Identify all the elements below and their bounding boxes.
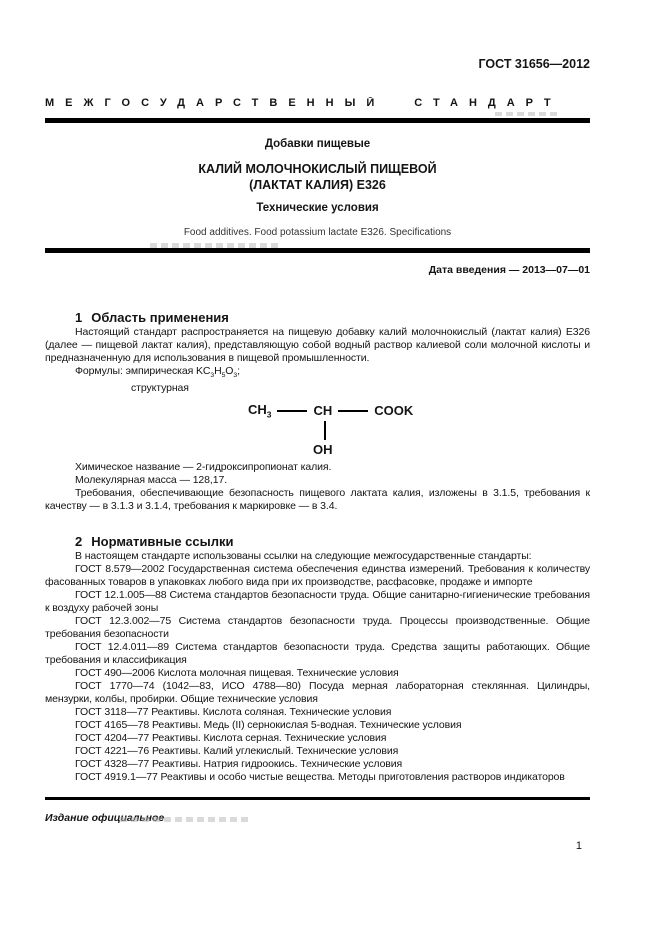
title-main-line2: (ЛАКТАТ КАЛИЯ) Е326 <box>45 177 590 193</box>
structural-formula-row: CH3 CH COOK <box>248 402 408 420</box>
reference-item: ГОСТ 12.3.002—75 Система стандартов безо… <box>45 615 590 641</box>
page-number: 1 <box>45 840 590 853</box>
formula-ch: CH <box>313 403 332 418</box>
bond-line-icon <box>277 410 307 412</box>
scan-artifact <box>150 243 282 248</box>
chem-part: KC <box>196 365 210 377</box>
standard-banner: МЕЖГОСУДАРСТВЕННЫЙ СТАНДАРТ <box>45 97 590 110</box>
reference-item: ГОСТ 12.4.011—89 Система стандартов безо… <box>45 641 590 667</box>
section-1-heading: 1Область применения <box>75 310 590 326</box>
references-list: В настоящем стандарте использованы ссылк… <box>45 550 590 784</box>
bond-line-icon <box>338 410 368 412</box>
scan-artifact <box>495 112 557 116</box>
chem-part: ; <box>237 365 240 377</box>
section-1-title: Область применения <box>91 310 229 325</box>
reference-item: ГОСТ 4165—78 Реактивы. Медь (II) серноки… <box>45 719 590 732</box>
reference-item: ГОСТ 1770—74 (1042—83, ИСО 4788—80) Посу… <box>45 680 590 706</box>
reference-item: ГОСТ 4204—77 Реактивы. Кислота серная. Т… <box>45 732 590 745</box>
structural-label: структурная <box>45 382 590 395</box>
title-main: КАЛИЙ МОЛОЧНОКИСЛЫЙ ПИЩЕВОЙ (ЛАКТАТ КАЛИ… <box>45 161 590 193</box>
doc-number: ГОСТ 31656—2012 <box>45 57 590 71</box>
title-main-line1: КАЛИЙ МОЛОЧНОКИСЛЫЙ ПИЩЕВОЙ <box>45 161 590 177</box>
scan-artifact <box>120 817 252 822</box>
footer-rule <box>45 797 590 800</box>
reference-item: ГОСТ 490—2006 Кислота молочная пищевая. … <box>45 667 590 680</box>
section-1-number: 1 <box>75 310 82 325</box>
formula-cook: COOK <box>374 403 413 418</box>
section-2-heading: 2Нормативные ссылки <box>75 534 590 550</box>
structural-formula: CH3 CH COOK OH <box>248 402 408 458</box>
empirical-formula: KC3H5O3; <box>196 365 240 377</box>
reference-item: ГОСТ 4328—77 Реактивы. Натрия гидроокись… <box>45 758 590 771</box>
reference-item: ГОСТ 3118—77 Реактивы. Кислота соляная. … <box>45 706 590 719</box>
title-rule <box>45 248 590 253</box>
formula-ch3-sub: 3 <box>267 410 272 420</box>
formulas-label: Формулы: <box>75 365 123 377</box>
empirical-label: эмпирическая <box>126 365 194 377</box>
scope-paragraph: Настоящий стандарт распространяется на п… <box>45 326 590 365</box>
formula-ch3-text: CH <box>248 402 267 417</box>
title-block: Добавки пищевые КАЛИЙ МОЛОЧНОКИСЛЫЙ ПИЩЕ… <box>45 138 590 239</box>
title-subtitle: Технические условия <box>45 202 590 215</box>
header-rule <box>45 118 590 123</box>
reference-item: ГОСТ 8.579—2002 Государственная система … <box>45 563 590 589</box>
requirements-line: Требования, обеспечивающие безопасность … <box>45 487 590 513</box>
chem-part: H <box>214 365 221 377</box>
bond-line-vertical-icon <box>324 421 326 440</box>
formula-oh: OH <box>313 442 333 457</box>
effective-date: Дата введения — 2013—07—01 <box>45 264 590 277</box>
reference-item: ГОСТ 4919.1—77 Реактивы и особо чистые в… <box>45 771 590 784</box>
molecular-mass-line: Молекулярная масса — 128,17. <box>45 474 590 487</box>
section-2-number: 2 <box>75 534 82 549</box>
title-category: Добавки пищевые <box>45 138 590 151</box>
reference-item: ГОСТ 12.1.005—88 Система стандартов безо… <box>45 589 590 615</box>
document-page: ГОСТ 31656—2012 МЕЖГОСУДАРСТВЕННЫЙ СТАНД… <box>0 0 661 936</box>
formulas-line: Формулы: эмпирическая KC3H5O3; <box>45 365 590 382</box>
section-2-title: Нормативные ссылки <box>91 534 233 549</box>
formula-ch3: CH3 <box>248 402 271 420</box>
reference-item: ГОСТ 4221—76 Реактивы. Калий углекислый.… <box>45 745 590 758</box>
references-intro: В настоящем стандарте использованы ссылк… <box>45 550 590 563</box>
chemical-name-line: Химическое название — 2-гидроксипропиона… <box>45 461 590 474</box>
title-english: Food additives. Food potassium lactate E… <box>45 227 590 239</box>
